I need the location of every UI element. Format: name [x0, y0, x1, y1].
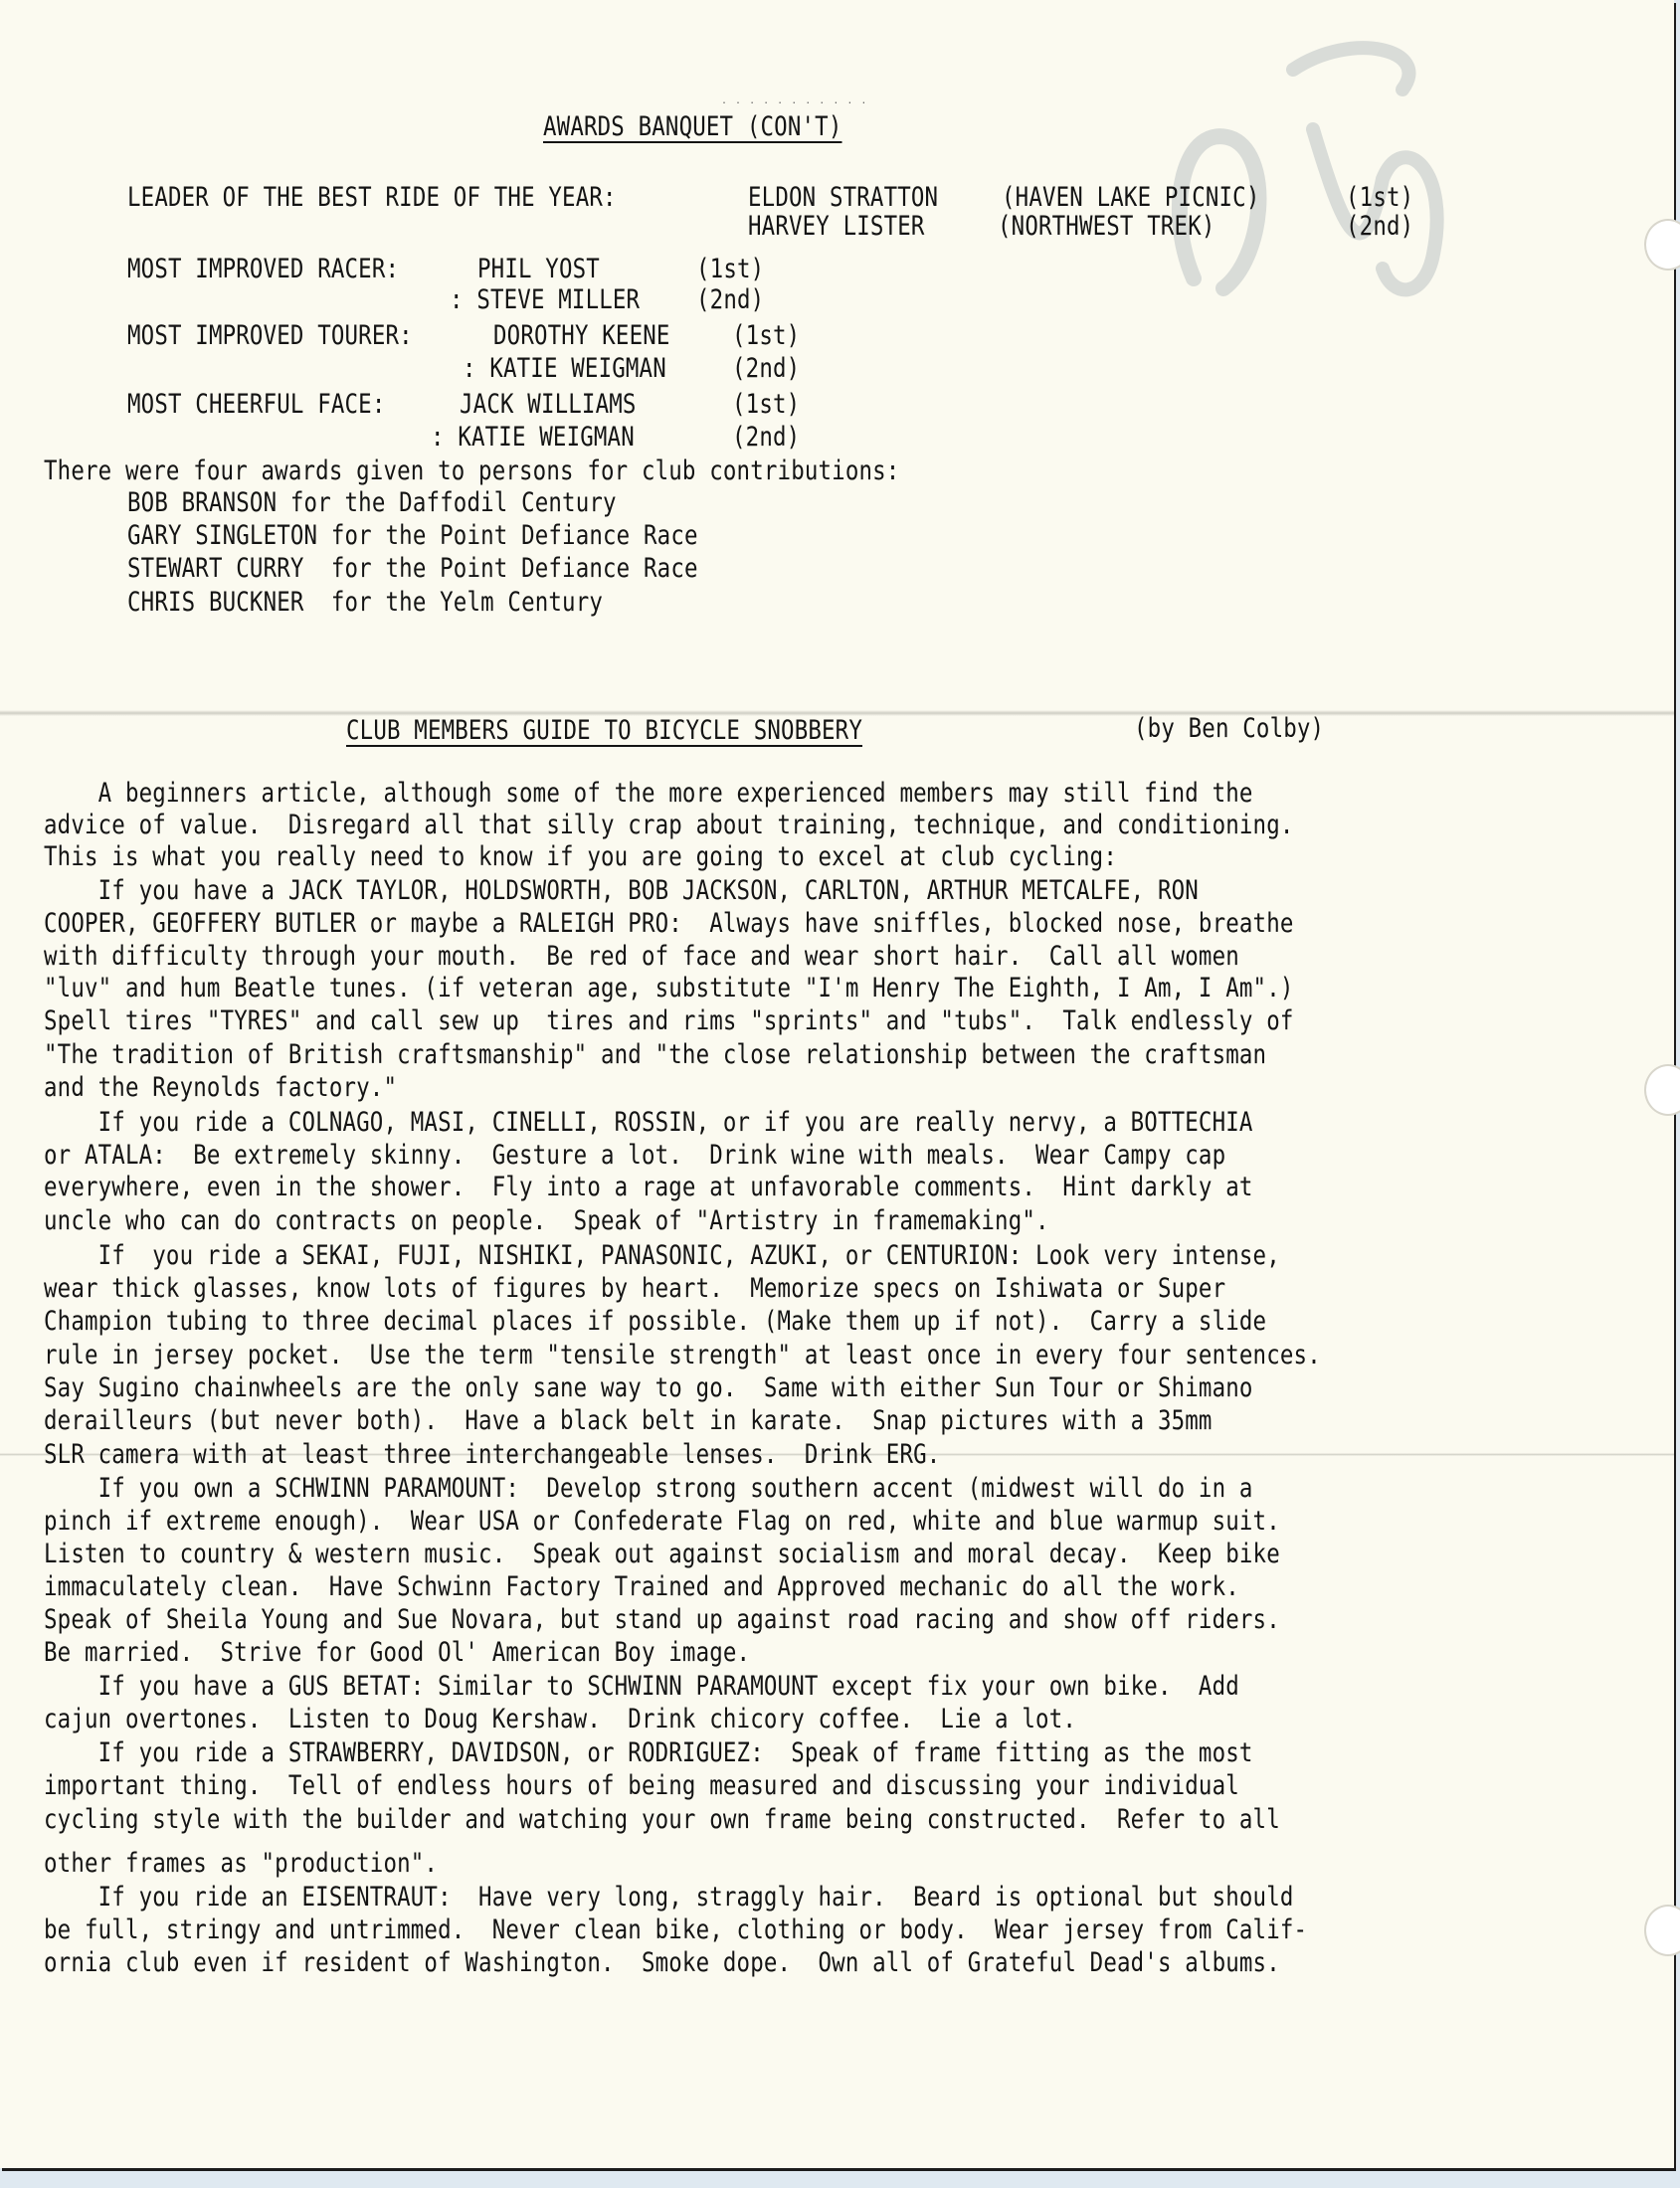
best-ride-second-name: HARVEY LISTER	[748, 211, 925, 243]
best-ride-second-ride: (NORTHWEST TREK)	[998, 211, 1215, 243]
article-line: Be married. Strive for Good Ol' American…	[44, 1637, 750, 1669]
article-title: CLUB MEMBERS GUIDE TO BICYCLE SNOBBERY	[346, 715, 862, 747]
article-line: "luv" and hum Beatle tunes. (if veteran …	[44, 973, 1294, 1004]
article-line: other frames as "production".	[44, 1848, 438, 1880]
tourer-second: : KATIE WEIGMAN	[463, 353, 666, 385]
article-line: This is what you really need to know if …	[44, 841, 1117, 873]
article-line: advice of value. Disregard all that sill…	[44, 810, 1294, 841]
cheerful-second: : KATIE WEIGMAN	[431, 422, 635, 454]
racer-second: : STEVE MILLER	[450, 284, 640, 316]
article-line: Champion tubing to three decimal places …	[44, 1306, 1266, 1338]
article-line: rule in jersey pocket. Use the term "ten…	[44, 1340, 1321, 1371]
article-line: If you ride a SEKAI, FUJI, NISHIKI, PANA…	[44, 1240, 1280, 1272]
contribution-item: STEWART CURRY for the Point Defiance Rac…	[127, 553, 698, 585]
punch-hole	[1644, 219, 1680, 271]
article-line: be full, stringy and untrimmed. Never cl…	[44, 1914, 1307, 1946]
punch-hole	[1644, 1905, 1680, 1956]
dot-marks: . . . . . . . . . . .	[721, 95, 867, 106]
article-line: ornia club even if resident of Washingto…	[44, 1947, 1280, 1979]
article-line: Speak of Sheila Young and Sue Novara, bu…	[44, 1604, 1280, 1636]
article-line: Listen to country & western music. Speak…	[44, 1539, 1280, 1570]
article-line: If you own a SCHWINN PARAMOUNT: Develop …	[44, 1473, 1253, 1505]
article-line: or ATALA: Be extremely skinny. Gesture a…	[44, 1140, 1225, 1172]
article-line: and the Reynolds factory."	[44, 1072, 397, 1104]
best-ride-first-ride: (HAVEN LAKE PICNIC)	[1002, 182, 1260, 214]
best-ride-label: LEADER OF THE BEST RIDE OF THE YEAR:	[127, 182, 617, 214]
article-line: immaculately clean. Have Schwinn Factory…	[44, 1571, 1239, 1603]
contributions-intro: There were four awards given to persons …	[44, 456, 899, 487]
article-line: If you have a GUS BETAT: Similar to SCHW…	[44, 1671, 1239, 1703]
article-line: If you ride an EISENTRAUT: Have very lon…	[44, 1882, 1294, 1914]
racer-first: PHIL YOST	[477, 254, 600, 285]
article-byline: (by Ben Colby)	[1134, 713, 1324, 745]
best-ride-first-name: ELDON STRATTON	[748, 182, 938, 214]
article-line: "The tradition of British craftsmanship"…	[44, 1039, 1266, 1071]
article-line: wear thick glasses, know lots of figures…	[44, 1273, 1225, 1305]
cheerful-first-place: (1st)	[732, 389, 800, 421]
article-line: derailleurs (but never both). Have a bla…	[44, 1405, 1213, 1437]
racer-first-place: (1st)	[696, 254, 764, 285]
best-ride-second-place: (2nd)	[1346, 211, 1413, 243]
racer-label: MOST IMPROVED RACER:	[127, 254, 399, 285]
racer-second-place: (2nd)	[696, 284, 764, 316]
article-line: important thing. Tell of endless hours o…	[44, 1770, 1239, 1802]
article-line: cycling style with the builder and watch…	[44, 1804, 1280, 1836]
article-line: A beginners article, although some of th…	[44, 778, 1253, 810]
article-line: uncle who can do contracts on people. Sp…	[44, 1205, 1049, 1237]
contribution-item: BOB BRANSON for the Daffodil Century	[127, 487, 617, 519]
article-line: everywhere, even in the shower. Fly into…	[44, 1172, 1253, 1203]
article-line: Say Sugino chainwheels are the only sane…	[44, 1372, 1253, 1404]
article-line: COOPER, GEOFFERY BUTLER or maybe a RALEI…	[44, 908, 1294, 940]
article-line: SLR camera with at least three interchan…	[44, 1439, 940, 1471]
best-ride-first-place: (1st)	[1346, 182, 1413, 214]
contribution-item: CHRIS BUCKNER for the Yelm Century	[127, 587, 603, 619]
article-line: cajun overtones. Listen to Doug Kershaw.…	[44, 1704, 1076, 1735]
article-line: Spell tires "TYRES" and call sew up tire…	[44, 1005, 1294, 1037]
article-line: If you ride a COLNAGO, MASI, CINELLI, RO…	[44, 1107, 1253, 1139]
newsletter-page: . . . . . . . . . . . AWARDS BANQUET (CO…	[0, 0, 1674, 2168]
cheerful-first: JACK WILLIAMS	[460, 389, 637, 421]
article-line: with difficulty through your mouth. Be r…	[44, 941, 1239, 973]
cheerful-second-place: (2nd)	[732, 422, 800, 454]
contribution-item: GARY SINGLETON for the Point Defiance Ra…	[127, 520, 698, 552]
tourer-first-place: (1st)	[732, 320, 800, 352]
article-line: pinch if extreme enough). Wear USA or Co…	[44, 1506, 1280, 1538]
awards-banquet-title: AWARDS BANQUET (CON'T)	[543, 111, 841, 143]
punch-hole	[1644, 1064, 1680, 1116]
article-line: If you ride a STRAWBERRY, DAVIDSON, or R…	[44, 1737, 1253, 1769]
cheerful-label: MOST CHEERFUL FACE:	[127, 389, 386, 421]
tourer-first: DOROTHY KEENE	[493, 320, 670, 352]
tourer-second-place: (2nd)	[732, 353, 800, 385]
tourer-label: MOST IMPROVED TOURER:	[127, 320, 413, 352]
bleed-through-logo-icon	[1154, 30, 1482, 318]
article-line: If you have a JACK TAYLOR, HOLDSWORTH, B…	[44, 875, 1199, 907]
